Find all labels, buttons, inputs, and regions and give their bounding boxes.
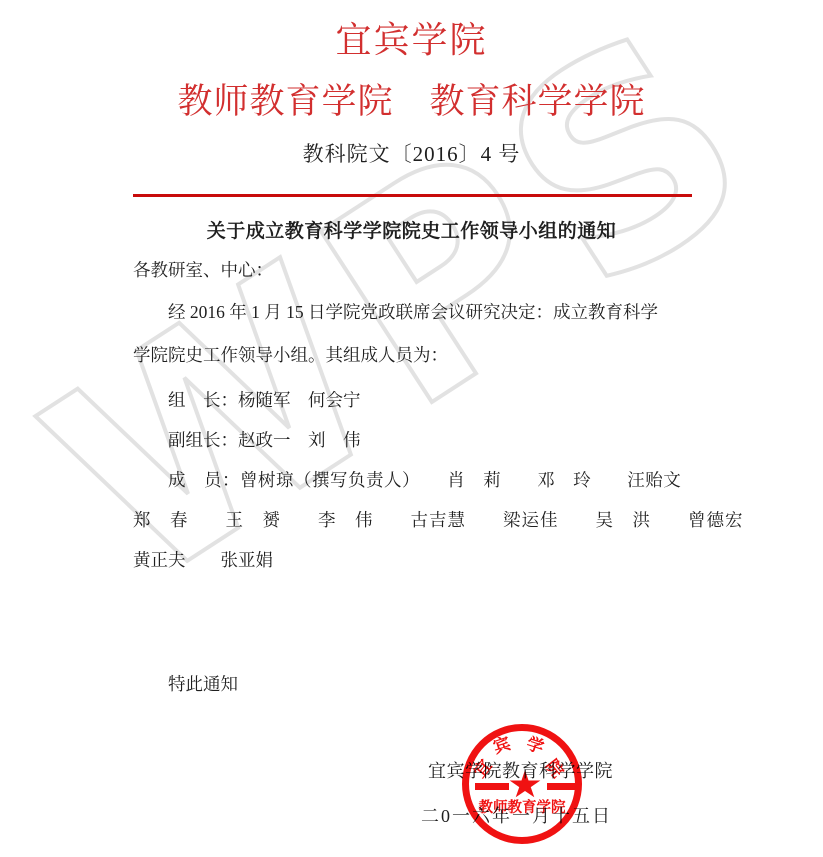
group-leader-line: 组 长：杨随军 何会宁 bbox=[168, 387, 361, 412]
closing-line: 特此通知 bbox=[168, 671, 238, 696]
college-titles: 教师教育学院 教育科学学院 bbox=[0, 74, 823, 124]
paragraph-line-1: 经 2016 年 1 月 15 日学院党政联席会议研究决定：成立教育科学 bbox=[168, 299, 658, 324]
official-seal: 宜 宾 学 院 教师教育学院 bbox=[462, 724, 582, 844]
members-line-3: 黄正夫 张亚娟 bbox=[133, 547, 273, 572]
members-line-2: 郑 春 王 赟 李 伟 古吉慧 梁运佳 吴 洪 曾德宏 bbox=[133, 507, 744, 532]
seal-right-bar bbox=[547, 783, 581, 790]
members-line-1: 成 员：曾树琼（撰写负责人） 肖 莉 邓 玲 汪贻文 bbox=[168, 467, 681, 492]
notice-title: 关于成立教育科学学院院史工作领导小组的通知 bbox=[0, 216, 823, 243]
seal-banner-text: 教师教育学院 bbox=[462, 796, 582, 817]
document-page: WPS 宜宾学院 教师教育学院 教育科学学院 教科院文〔2016〕4 号 关于成… bbox=[0, 0, 823, 857]
university-title: 宜宾学院 bbox=[0, 12, 823, 63]
deputy-leader-line: 副组长：赵政一 刘 伟 bbox=[168, 427, 361, 452]
document-number: 教科院文〔2016〕4 号 bbox=[0, 138, 823, 168]
seal-left-bar bbox=[475, 783, 509, 790]
paragraph-line-2: 学院院史工作领导小组。其组成人员为： bbox=[133, 342, 448, 367]
red-divider-line bbox=[133, 194, 692, 197]
salutation-line: 各教研室、中心： bbox=[133, 257, 273, 282]
document-content: 宜宾学院 教师教育学院 教育科学学院 教科院文〔2016〕4 号 关于成立教育科… bbox=[0, 0, 823, 857]
